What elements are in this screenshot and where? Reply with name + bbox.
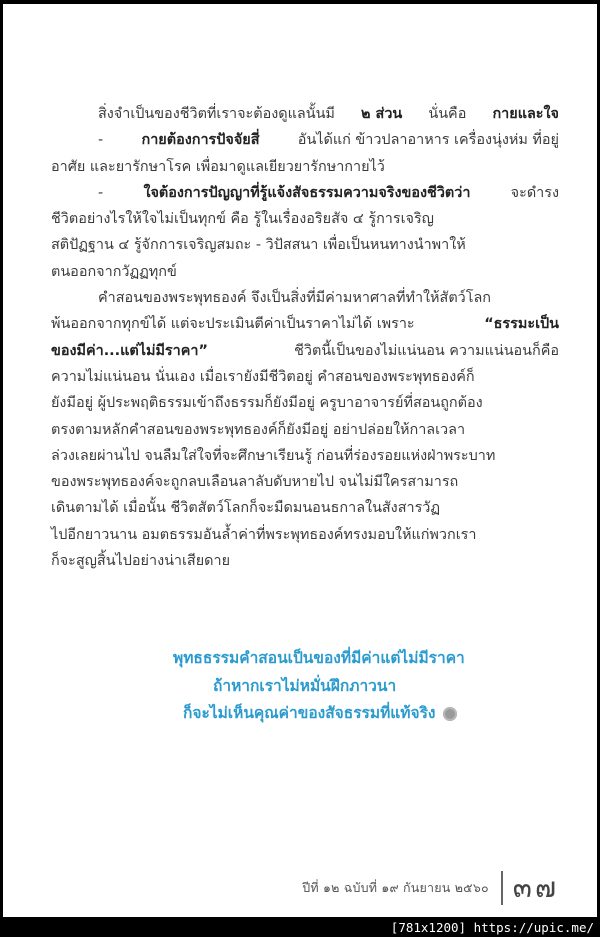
text-line: ตนออกจากวัฏฏทุกข์ bbox=[51, 259, 559, 285]
text-line: ชีวิตอย่างไรให้ใจไม่เป็นทุกข์ คือ รู้ในเ… bbox=[51, 206, 559, 232]
quote-line: ก็จะไม่เห็นคุณค่าของสัจธรรมที่แท้จริง bbox=[3, 700, 597, 728]
page-number: ๓๗ bbox=[513, 866, 559, 910]
text-line: ของพระพุทธองค์จะถูกลบเลือนลาลับดับหายไป … bbox=[51, 469, 559, 495]
bold-text: กายต้องการปัจจัยสี่ bbox=[142, 127, 260, 153]
text-line: เดินตามได้ เมื่อนั้น ชีวิตสัตว์โลกก็จะมื… bbox=[51, 495, 559, 521]
text-line: ไปอีกยาวนาน อมตธรรมอันล้ำค่าที่พระพุทธอง… bbox=[51, 522, 559, 548]
quote-line: ถ้าหากเราไม่หมั่นฝึกภาวนา bbox=[3, 673, 597, 701]
quote-line: พุทธธรรมคำสอนเป็นของที่มีค่าแต่ไม่มีราคา bbox=[3, 645, 597, 673]
gray-circle-icon bbox=[443, 707, 457, 721]
bold-text: ๒ ส่วน bbox=[361, 101, 402, 127]
text-line: อาศัย และยารักษาโรค เพื่อมาดูแลเยียวยารั… bbox=[51, 154, 559, 180]
text-line: ก็จะสูญสิ้นไปอย่างน่าเสียดาย bbox=[51, 548, 559, 574]
text-line: - กายต้องการปัจจัยสี่ อันได้แก่ ข้าวปลาอ… bbox=[51, 127, 559, 153]
text-line: พ้นออกจากทุกข์ได้ แต่จะประเมินตีค่าเป็นร… bbox=[51, 311, 559, 337]
article-body: สิ่งจำเป็นของชีวิตที่เราจะต้องดูแลนั้นมี… bbox=[51, 101, 559, 574]
image-watermark: [781x1200] https://upic.me/ bbox=[391, 920, 594, 935]
text-line: ตรงตามหลักคำสอนของพระพุทธองค์ก็ยังมีอยู่… bbox=[51, 417, 559, 443]
text-line: ความไม่แน่นอน นั่นเอง เมื่อเรายังมีชีวิต… bbox=[51, 364, 559, 390]
pull-quote: พุทธธรรมคำสอนเป็นของที่มีค่าแต่ไม่มีราคา… bbox=[3, 645, 597, 728]
issue-info: ปีที่ ๑๒ ฉบับที่ ๑๙ กันยายน ๒๕๖๐ bbox=[302, 878, 489, 898]
magazine-page: สิ่งจำเป็นของชีวิตที่เราจะต้องดูแลนั้นมี… bbox=[3, 4, 597, 917]
bold-text: “ธรรมะเป็น bbox=[484, 311, 559, 337]
text-line: ของมีค่า...แต่ไม่มีราคา” ชีวิตนี้เป็นของ… bbox=[51, 338, 559, 364]
page-footer: ปีที่ ๑๒ ฉบับที่ ๑๙ กันยายน ๒๕๖๐ ๓๗ bbox=[302, 866, 559, 910]
text-line: ยังมีอยู่ ผู้ประพฤติธรรมเข้าถึงธรรมก็ยัง… bbox=[51, 390, 559, 416]
bold-text: กายและใจ bbox=[492, 101, 559, 127]
text-line: คำสอนของพระพุทธองค์ จึงเป็นสิ่งที่มีค่าม… bbox=[51, 285, 559, 311]
bold-text: ของมีค่า...แต่ไม่มีราคา” bbox=[51, 338, 208, 364]
footer-divider bbox=[501, 871, 503, 905]
text-line: - ใจต้องการปัญญาที่รู้แจ้งสัจธรรมความจริ… bbox=[51, 180, 559, 206]
bold-text: ใจต้องการปัญญาที่รู้แจ้งสัจธรรมความจริงข… bbox=[143, 180, 470, 206]
text-line: สิ่งจำเป็นของชีวิตที่เราจะต้องดูแลนั้นมี… bbox=[51, 101, 559, 127]
text-line: ล่วงเลยผ่านไป จนลืมใส่ใจที่จะศึกษาเรียนร… bbox=[51, 443, 559, 469]
text-line: สติปัฏฐาน ๔ รู้จักการเจริญสมถะ - วิปัสสน… bbox=[51, 232, 559, 258]
